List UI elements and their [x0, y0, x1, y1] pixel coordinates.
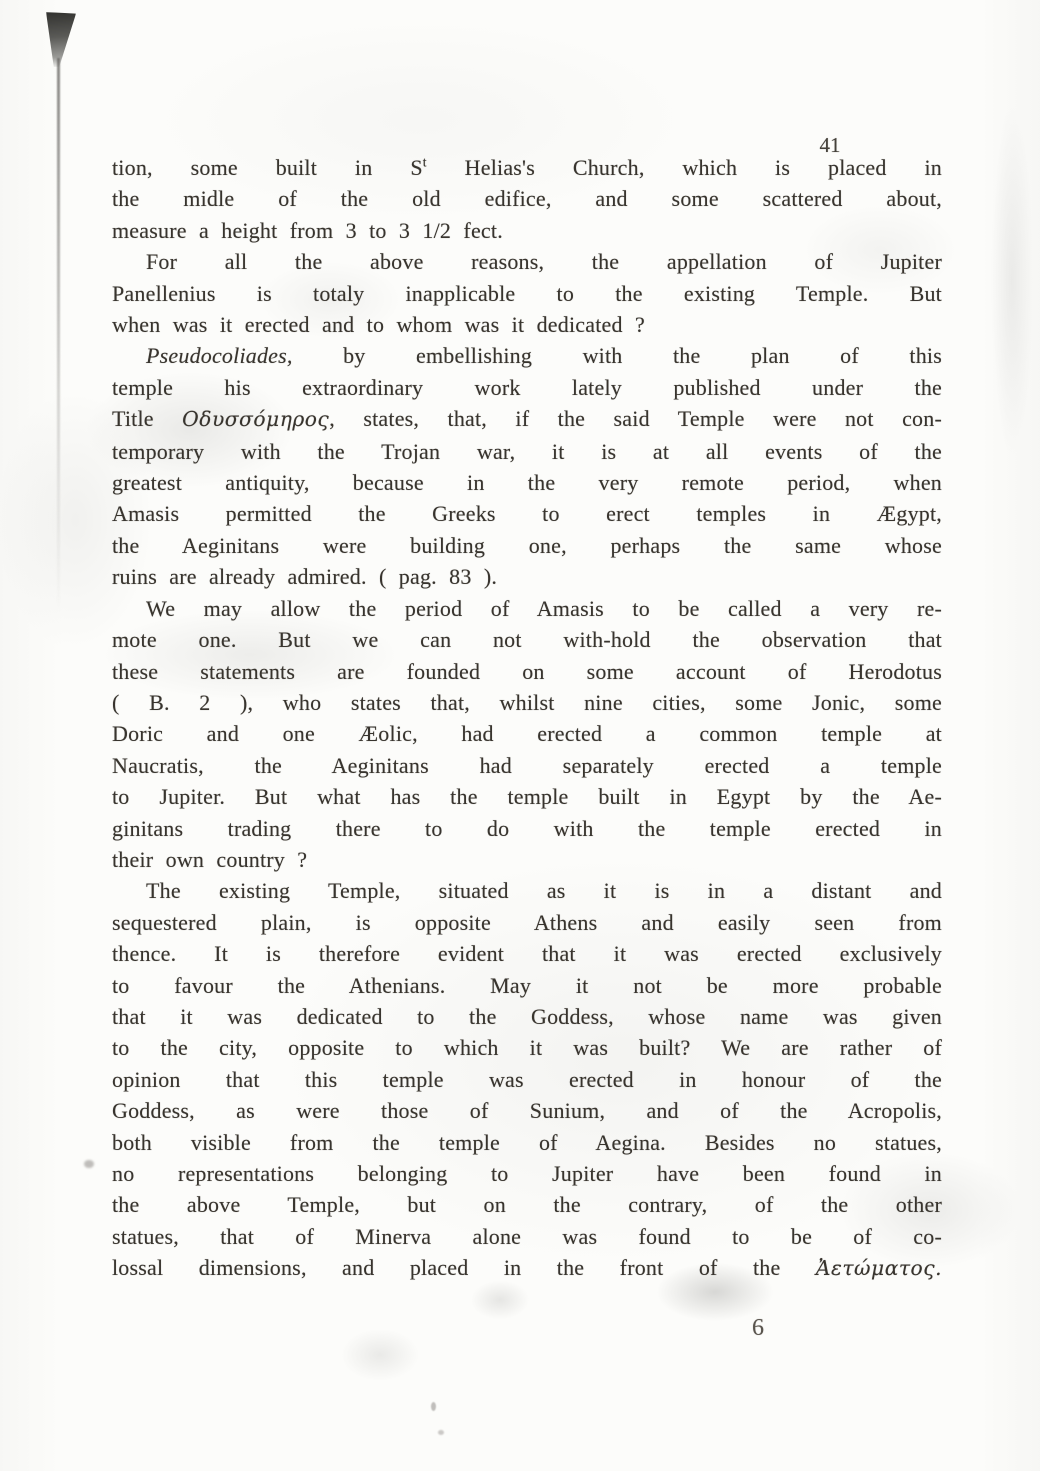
text-line: Naucratis, the Aeginitans had separately…: [112, 750, 942, 781]
text-line: opinion that this temple was erected in …: [112, 1064, 942, 1095]
text-segment: the midle of the old edifice, and some s…: [112, 186, 942, 211]
text-line: sequestered plain, is opposite Athens an…: [112, 907, 942, 938]
text-segment: the above Temple, but on the contrary, o…: [112, 1192, 942, 1217]
paper-stain: [438, 1430, 444, 1435]
text-segment: Helias's Church, which is placed in: [427, 155, 942, 180]
text-line: Title Οδυσσόμηρος, states, that, if the …: [112, 403, 942, 435]
text-line: greatest antiquity, because in the very …: [112, 467, 942, 498]
text-segment: to favour the Athenians. May it not be m…: [112, 973, 942, 998]
page-fold-line: [57, 58, 60, 613]
text-line: Doric and one Æolic, had erected a commo…: [112, 718, 942, 749]
text-segment: Amasis permitted the Greeks to erect tem…: [112, 501, 942, 526]
text-segment: The existing Temple, situated as it is i…: [146, 878, 942, 903]
text-line: the midle of the old edifice, and some s…: [112, 183, 942, 214]
text-segment: lossal dimensions, and placed in the fro…: [112, 1255, 816, 1280]
text-line: both visible from the temple of Aegina. …: [112, 1127, 942, 1158]
text-segment: the Aeginitans were building one, perhap…: [112, 533, 942, 558]
text-line: thence. It is therefore evident that it …: [112, 938, 942, 969]
text-segment: ( B. 2 ), who states that, whilst nine c…: [112, 690, 942, 715]
text-line: when was it erected and to whom was it d…: [112, 309, 942, 340]
text-line: Pseudocoliades, by embellishing with the…: [112, 340, 942, 371]
text-line: mote one. But we can not with-hold the o…: [112, 624, 942, 655]
text-segment: measure a height from 3 to 3 1/2 fect.: [112, 218, 503, 243]
text-segment: Doric and one Æolic, had erected a commo…: [112, 721, 942, 746]
text-segment: statues, that of Minerva alone was found…: [112, 1224, 942, 1249]
text-segment: both visible from the temple of Aegina. …: [112, 1130, 942, 1155]
text-line: the above Temple, but on the contrary, o…: [112, 1189, 942, 1220]
text-line: We may allow the period of Amasis to be …: [112, 593, 942, 624]
text-segment: to Jupiter. But what has the temple buil…: [112, 784, 942, 809]
paper-stain: [84, 1160, 94, 1168]
text-line: Goddess, as were those of Sunium, and of…: [112, 1095, 942, 1126]
text-line: ginitans trading there to do with the te…: [112, 813, 942, 844]
text-line: to Jupiter. But what has the temple buil…: [112, 781, 942, 812]
greek-text: Οδυσσόμηρος: [182, 407, 329, 431]
text-line: The existing Temple, situated as it is i…: [112, 875, 942, 906]
text-line: no representations belonging to Jupiter …: [112, 1158, 942, 1189]
greek-text: Ἀετώματος.: [816, 1256, 942, 1280]
scanned-book-page: 41 tion, some built in St Helias's Churc…: [0, 0, 1040, 1471]
text-line: ruins are already admired. ( pag. 83 ).: [112, 561, 942, 592]
text-segment: that it was dedicated to the Goddess, wh…: [112, 1004, 942, 1029]
text-line: statues, that of Minerva alone was found…: [112, 1221, 942, 1252]
text-segment: tion, some built in S: [112, 155, 423, 180]
text-segment: opinion that this temple was erected in …: [112, 1067, 942, 1092]
text-segment: Title: [112, 406, 182, 431]
page-fold-mark: [46, 12, 76, 67]
text-segment: mote one. But we can not with-hold the o…: [112, 627, 942, 652]
text-segment: ginitans trading there to do with the te…: [112, 816, 942, 841]
text-segment: Naucratis, the Aeginitans had separately…: [112, 753, 942, 778]
text-segment: temporary with the Trojan war, it is at …: [112, 439, 942, 464]
text-segment: Panellenius is totaly inapplicable to th…: [112, 281, 942, 306]
text-segment: when was it erected and to whom was it d…: [112, 312, 645, 337]
text-line: ( B. 2 ), who states that, whilst nine c…: [112, 687, 942, 718]
text-line: Panellenius is totaly inapplicable to th…: [112, 278, 942, 309]
text-segment: temple his extraordinary work lately pub…: [112, 375, 942, 400]
signature-mark: 6: [752, 1315, 764, 1342]
text-segment: no representations belonging to Jupiter …: [112, 1161, 942, 1186]
text-line: these statements are founded on some acc…: [112, 656, 942, 687]
text-line: temple his extraordinary work lately pub…: [112, 372, 942, 403]
text-segment: thence. It is therefore evident that it …: [112, 941, 942, 966]
text-block: tion, some built in St Helias's Church, …: [112, 152, 942, 1285]
text-segment: sequestered plain, is opposite Athens an…: [112, 910, 942, 935]
text-line: tion, some built in St Helias's Church, …: [112, 152, 942, 183]
text-segment: We may allow the period of Amasis to be …: [146, 596, 942, 621]
text-segment: to the city, opposite to which it was bu…: [112, 1035, 942, 1060]
text-segment: greatest antiquity, because in the very …: [112, 470, 942, 495]
paper-stain: [431, 1402, 436, 1411]
text-segment: these statements are founded on some acc…: [112, 659, 942, 684]
text-line: the Aeginitans were building one, perhap…: [112, 530, 942, 561]
text-line: to the city, opposite to which it was bu…: [112, 1032, 942, 1063]
text-line: temporary with the Trojan war, it is at …: [112, 436, 942, 467]
text-line: to favour the Athenians. May it not be m…: [112, 970, 942, 1001]
text-line: For all the above reasons, the appellati…: [112, 246, 942, 277]
text-line: lossal dimensions, and placed in the fro…: [112, 1252, 942, 1284]
text-segment: their own country ?: [112, 847, 307, 872]
text-segment: For all the above reasons, the appellati…: [146, 249, 942, 274]
text-segment: , states, that, if the said Temple were …: [329, 406, 942, 431]
text-line: measure a height from 3 to 3 1/2 fect.: [112, 215, 942, 246]
text-line: Amasis permitted the Greeks to erect tem…: [112, 498, 942, 529]
text-segment: Goddess, as were those of Sunium, and of…: [112, 1098, 942, 1123]
text-line: that it was dedicated to the Goddess, wh…: [112, 1001, 942, 1032]
text-segment: Pseudocoliades,: [146, 343, 293, 368]
text-line: their own country ?: [112, 844, 942, 875]
text-segment: ruins are already admired. ( pag. 83 ).: [112, 564, 497, 589]
text-segment: by embellishing with the plan of this: [293, 343, 942, 368]
